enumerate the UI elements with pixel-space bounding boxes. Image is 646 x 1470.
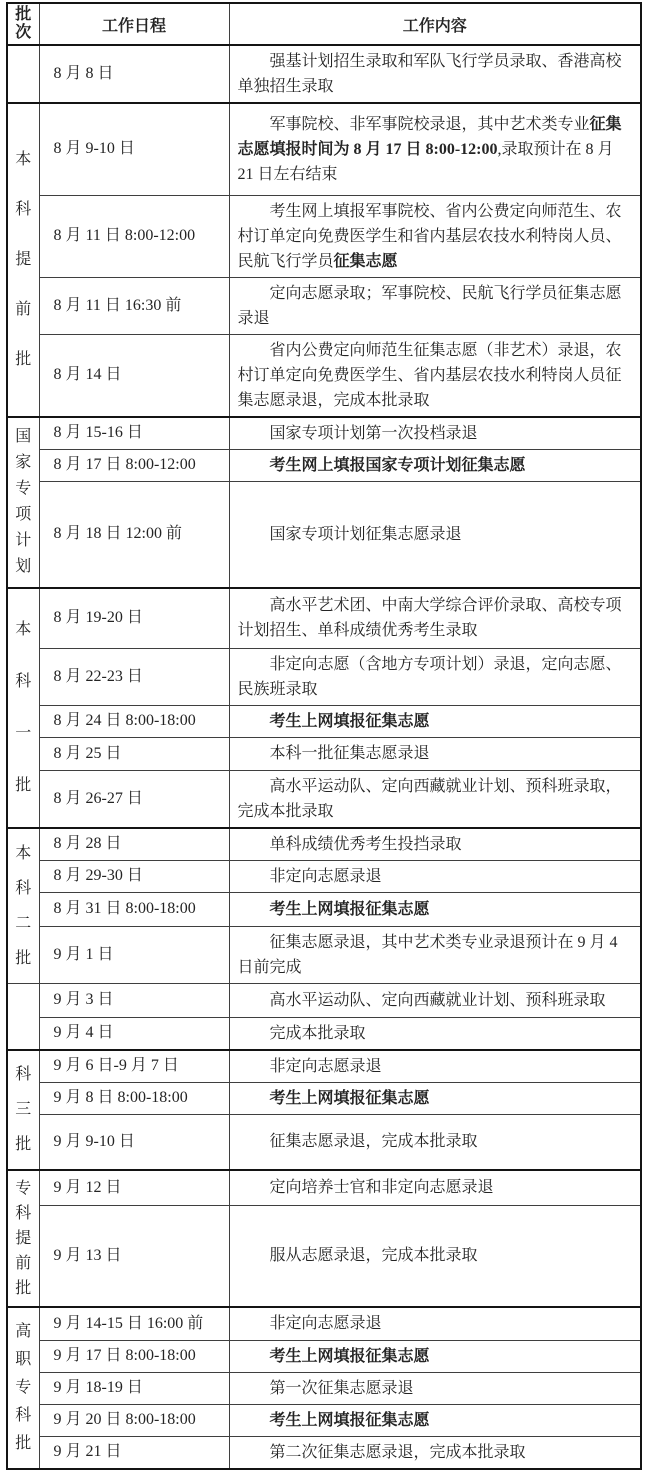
content-segment: 定向培养士官和非定向志愿录退 xyxy=(270,1179,494,1196)
schedule-column-header: 工作日程 xyxy=(39,3,229,45)
content-cell: 国家专项计划征集志愿录退 xyxy=(229,481,641,588)
batch-cell: 本科二批 xyxy=(7,828,39,984)
date-cell: 8 月 26-27 日 xyxy=(39,770,229,828)
content-cell: 国家专项计划第一次投档录退 xyxy=(229,417,641,450)
batch-cell xyxy=(7,983,39,1050)
schedule-row: 9 月 8 日 8:00-18:00考生上网填报征集志愿 xyxy=(7,1082,641,1114)
schedule-row: 8 月 11 日 8:00-12:00考生网上填报军事院校、省内公费定向师范生、… xyxy=(7,195,641,277)
content-segment: 非定向志愿录退 xyxy=(270,1315,382,1332)
content-segment: 本科一批征集志愿录退 xyxy=(270,745,430,762)
content-segment: 国家专项计划征集志愿录退 xyxy=(270,526,462,543)
batch-cell: 专科提前批 xyxy=(7,1170,39,1307)
content-cell: 征集志愿录退，其中艺术类专业录退预计在 9 月 4 日前完成 xyxy=(229,926,641,983)
date-cell: 8 月 25 日 xyxy=(39,737,229,770)
content-text: 考生上网填报征集志愿 xyxy=(238,1408,633,1433)
table-header-row: 批次 工作日程 工作内容 xyxy=(7,3,641,45)
content-text: 征集志愿录退，其中艺术类专业录退预计在 9 月 4 日前完成 xyxy=(238,930,633,980)
schedule-row: 8 月 18 日 12:00 前国家专项计划征集志愿录退 xyxy=(7,481,641,588)
schedule-row: 9 月 4 日完成本批录取 xyxy=(7,1017,641,1050)
content-segment: 高水平艺术团、中南大学综合评价录取、高校专项计划招生、单科成绩优秀考生录取 xyxy=(238,597,622,639)
content-text: 考生上网填报征集志愿 xyxy=(238,709,633,734)
admission-schedule-table: 批次 工作日程 工作内容 8 月 8 日强基计划招生录取和军队飞行学员录取、香港… xyxy=(6,2,642,1470)
content-text: 本科一批征集志愿录退 xyxy=(238,741,633,766)
content-text: 强基计划招生录取和军队飞行学员录取、香港高校单独招生录取 xyxy=(238,49,633,99)
batch-cell: 本科提前批 xyxy=(7,103,39,417)
content-cell: 军事院校、非军事院校录退，其中艺术类专业征集志愿填报时间为 8 月 17 日 8… xyxy=(229,103,641,195)
content-text: 高水平运动队、定向西藏就业计划、预科班录取 xyxy=(238,988,633,1013)
date-cell: 9 月 6 日-9 月 7 日 xyxy=(39,1050,229,1083)
date-cell: 9 月 1 日 xyxy=(39,926,229,983)
content-cell: 非定向志愿（含地方专项计划）录退，定向志愿、民族班录取 xyxy=(229,648,641,705)
admission-schedule-page: 批次 工作日程 工作内容 8 月 8 日强基计划招生录取和军队飞行学员录取、香港… xyxy=(0,0,646,1394)
content-text: 非定向志愿（含地方专项计划）录退，定向志愿、民族班录取 xyxy=(238,652,633,702)
content-cell: 非定向志愿录退 xyxy=(229,1050,641,1083)
date-cell: 8 月 29-30 日 xyxy=(39,860,229,892)
content-text: 征集志愿录退，完成本批录取 xyxy=(238,1129,633,1154)
content-cell: 考生上网填报征集志愿 xyxy=(229,705,641,737)
content-segment-bold: 考生上网填报征集志愿 xyxy=(270,901,430,918)
content-cell: 非定向志愿录退 xyxy=(229,860,641,892)
content-text: 国家专项计划第一次投档录退 xyxy=(238,421,633,446)
schedule-row: 国家专项计划8 月 15-16 日国家专项计划第一次投档录退 xyxy=(7,417,641,450)
content-text: 考生上网填报征集志愿 xyxy=(238,897,633,922)
content-cell: 高水平运动队、定向西藏就业计划、预科班录取，完成本批录取 xyxy=(229,770,641,828)
content-cell: 单科成绩优秀考生投挡录取 xyxy=(229,828,641,861)
content-text: 单科成绩优秀考生投挡录取 xyxy=(238,832,633,857)
batch-cell: 高职专科批 xyxy=(7,1307,39,1469)
content-text: 军事院校、非军事院校录退，其中艺术类专业征集志愿填报时间为 8 月 17 日 8… xyxy=(238,112,633,187)
date-cell: 8 月 14 日 xyxy=(39,334,229,417)
content-text: 非定向志愿录退 xyxy=(238,1054,633,1079)
content-cell: 高水平运动队、定向西藏就业计划、预科班录取 xyxy=(229,983,641,1017)
content-text: 考生上网填报征集志愿 xyxy=(238,1344,633,1369)
schedule-row: 8 月 17 日 8:00-12:00考生网上填报国家专项计划征集志愿 xyxy=(7,449,641,481)
schedule-row: 8 月 25 日本科一批征集志愿录退 xyxy=(7,737,641,770)
content-segment: 征集志愿录退，其中艺术类专业录退预计在 9 月 4 日前完成 xyxy=(238,934,618,976)
content-segment: 省内公费定向师范生征集志愿（非艺术）录退，农村订单定向免费医学生、省内基层农技水… xyxy=(238,342,622,409)
content-cell: 考生上网填报征集志愿 xyxy=(229,892,641,926)
batch-column-header: 批次 xyxy=(7,3,39,45)
content-segment: 高水平运动队、定向西藏就业计划、预科班录取 xyxy=(270,992,606,1009)
content-cell: 第二次征集志愿录退，完成本批录取 xyxy=(229,1436,641,1469)
content-text: 第二次征集志愿录退，完成本批录取 xyxy=(238,1440,633,1465)
content-cell: 定向志愿录取；军事院校、民航飞行学员征集志愿录退 xyxy=(229,277,641,334)
table-body: 8 月 8 日强基计划招生录取和军队飞行学员录取、香港高校单独招生录取本科提前批… xyxy=(7,45,641,1469)
content-text: 高水平艺术团、中南大学综合评价录取、高校专项计划招生、单科成绩优秀考生录取 xyxy=(238,593,633,643)
schedule-row: 8 月 22-23 日非定向志愿（含地方专项计划）录退，定向志愿、民族班录取 xyxy=(7,648,641,705)
schedule-row: 9 月 21 日第二次征集志愿录退，完成本批录取 xyxy=(7,1436,641,1469)
date-cell: 9 月 3 日 xyxy=(39,983,229,1017)
content-segment: 高水平运动队、定向西藏就业计划、预科班录取，完成本批录取 xyxy=(238,778,622,820)
schedule-row: 8 月 8 日强基计划招生录取和军队飞行学员录取、香港高校单独招生录取 xyxy=(7,45,641,103)
content-segment-bold: 征集志愿 xyxy=(334,253,398,270)
content-cell: 服从志愿录退，完成本批录取 xyxy=(229,1205,641,1307)
date-cell: 8 月 18 日 12:00 前 xyxy=(39,481,229,588)
batch-cell xyxy=(7,45,39,103)
schedule-row: 高职专科批9 月 14-15 日 16:00 前非定向志愿录退 xyxy=(7,1307,641,1340)
content-cell: 本科一批征集志愿录退 xyxy=(229,737,641,770)
date-cell: 8 月 19-20 日 xyxy=(39,588,229,648)
content-cell: 考生上网填报征集志愿 xyxy=(229,1082,641,1114)
content-segment: 第二次征集志愿录退，完成本批录取 xyxy=(270,1444,526,1461)
content-cell: 考生上网填报征集志愿 xyxy=(229,1340,641,1372)
batch-cell: 科三批 xyxy=(7,1050,39,1171)
content-text: 国家专项计划征集志愿录退 xyxy=(238,522,633,547)
content-text: 定向志愿录取；军事院校、民航飞行学员征集志愿录退 xyxy=(238,281,633,331)
batch-cell: 国家专项计划 xyxy=(7,417,39,589)
schedule-row: 8 月 31 日 8:00-18:00考生上网填报征集志愿 xyxy=(7,892,641,926)
schedule-row: 9 月 3 日高水平运动队、定向西藏就业计划、预科班录取 xyxy=(7,983,641,1017)
date-cell: 8 月 8 日 xyxy=(39,45,229,103)
content-text: 省内公费定向师范生征集志愿（非艺术）录退，农村订单定向免费医学生、省内基层农技水… xyxy=(238,338,633,413)
content-segment-bold: 考生网上填报国家专项计划征集志愿 xyxy=(270,457,526,474)
content-text: 考生网上填报国家专项计划征集志愿 xyxy=(238,453,633,478)
date-cell: 9 月 8 日 8:00-18:00 xyxy=(39,1082,229,1114)
content-cell: 非定向志愿录退 xyxy=(229,1307,641,1340)
schedule-row: 9 月 20 日 8:00-18:00考生上网填报征集志愿 xyxy=(7,1404,641,1436)
content-text: 高水平运动队、定向西藏就业计划、预科班录取，完成本批录取 xyxy=(238,774,633,824)
content-text: 非定向志愿录退 xyxy=(238,1311,633,1336)
content-segment: 单科成绩优秀考生投挡录取 xyxy=(270,836,462,853)
date-cell: 8 月 17 日 8:00-12:00 xyxy=(39,449,229,481)
content-text: 定向培养士官和非定向志愿录退 xyxy=(238,1175,633,1200)
content-text: 服从志愿录退，完成本批录取 xyxy=(238,1243,633,1268)
content-segment: 国家专项计划第一次投档录退 xyxy=(270,425,478,442)
content-segment: 军事院校、非军事院校录退，其中艺术类专业 xyxy=(270,116,590,133)
content-cell: 征集志愿录退，完成本批录取 xyxy=(229,1114,641,1170)
date-cell: 8 月 24 日 8:00-18:00 xyxy=(39,705,229,737)
content-segment-bold: 考生上网填报征集志愿 xyxy=(270,713,430,730)
content-cell: 省内公费定向师范生征集志愿（非艺术）录退，农村订单定向免费医学生、省内基层农技水… xyxy=(229,334,641,417)
content-text: 考生网上填报军事院校、省内公费定向师范生、农村订单定向免费医学生和省内基层农技水… xyxy=(238,199,633,274)
content-segment-bold: 考生上网填报征集志愿 xyxy=(270,1348,430,1365)
date-cell: 8 月 22-23 日 xyxy=(39,648,229,705)
schedule-row: 9 月 1 日征集志愿录退，其中艺术类专业录退预计在 9 月 4 日前完成 xyxy=(7,926,641,983)
date-cell: 9 月 21 日 xyxy=(39,1436,229,1469)
date-cell: 8 月 9-10 日 xyxy=(39,103,229,195)
date-cell: 9 月 4 日 xyxy=(39,1017,229,1050)
date-cell: 8 月 28 日 xyxy=(39,828,229,861)
content-segment: 第一次征集志愿录退 xyxy=(270,1380,414,1397)
content-segment-bold: 考生上网填报征集志愿 xyxy=(270,1412,430,1429)
date-cell: 8 月 11 日 16:30 前 xyxy=(39,277,229,334)
schedule-row: 9 月 17 日 8:00-18:00考生上网填报征集志愿 xyxy=(7,1340,641,1372)
date-cell: 9 月 14-15 日 16:00 前 xyxy=(39,1307,229,1340)
content-segment: 非定向志愿录退 xyxy=(270,1058,382,1075)
schedule-row: 本科提前批8 月 9-10 日军事院校、非军事院校录退，其中艺术类专业征集志愿填… xyxy=(7,103,641,195)
date-cell: 8 月 31 日 8:00-18:00 xyxy=(39,892,229,926)
content-text: 第一次征集志愿录退 xyxy=(238,1376,633,1401)
content-column-header: 工作内容 xyxy=(229,3,641,45)
content-text: 完成本批录取 xyxy=(238,1021,633,1046)
content-cell: 高水平艺术团、中南大学综合评价录取、高校专项计划招生、单科成绩优秀考生录取 xyxy=(229,588,641,648)
schedule-row: 8 月 26-27 日高水平运动队、定向西藏就业计划、预科班录取，完成本批录取 xyxy=(7,770,641,828)
date-cell: 9 月 13 日 xyxy=(39,1205,229,1307)
content-segment: 定向志愿录取；军事院校、民航飞行学员征集志愿录退 xyxy=(238,285,622,327)
date-cell: 9 月 12 日 xyxy=(39,1170,229,1205)
schedule-row: 科三批9 月 6 日-9 月 7 日非定向志愿录退 xyxy=(7,1050,641,1083)
content-text: 考生上网填报征集志愿 xyxy=(238,1086,633,1111)
schedule-row: 9 月 9-10 日征集志愿录退，完成本批录取 xyxy=(7,1114,641,1170)
content-cell: 强基计划招生录取和军队飞行学员录取、香港高校单独招生录取 xyxy=(229,45,641,103)
schedule-row: 8 月 14 日省内公费定向师范生征集志愿（非艺术）录退，农村订单定向免费医学生… xyxy=(7,334,641,417)
content-cell: 定向培养士官和非定向志愿录退 xyxy=(229,1170,641,1205)
date-cell: 9 月 20 日 8:00-18:00 xyxy=(39,1404,229,1436)
content-cell: 第一次征集志愿录退 xyxy=(229,1372,641,1404)
content-cell: 考生网上填报国家专项计划征集志愿 xyxy=(229,449,641,481)
schedule-row: 专科提前批9 月 12 日定向培养士官和非定向志愿录退 xyxy=(7,1170,641,1205)
content-segment-bold: 考生上网填报征集志愿 xyxy=(270,1090,430,1107)
content-segment: 完成本批录取 xyxy=(270,1025,366,1042)
content-segment: 考生网上填报军事院校、省内公费定向师范生、农村订单定向免费医学生和省内基层农技水… xyxy=(238,203,622,270)
schedule-row: 8 月 11 日 16:30 前定向志愿录取；军事院校、民航飞行学员征集志愿录退 xyxy=(7,277,641,334)
date-cell: 8 月 15-16 日 xyxy=(39,417,229,450)
schedule-row: 本科二批8 月 28 日单科成绩优秀考生投挡录取 xyxy=(7,828,641,861)
schedule-row: 本科一批8 月 19-20 日高水平艺术团、中南大学综合评价录取、高校专项计划招… xyxy=(7,588,641,648)
schedule-row: 8 月 24 日 8:00-18:00考生上网填报征集志愿 xyxy=(7,705,641,737)
content-cell: 考生网上填报军事院校、省内公费定向师范生、农村订单定向免费医学生和省内基层农技水… xyxy=(229,195,641,277)
schedule-row: 9 月 18-19 日第一次征集志愿录退 xyxy=(7,1372,641,1404)
content-segment: 非定向志愿录退 xyxy=(270,868,382,885)
batch-cell: 本科一批 xyxy=(7,588,39,828)
content-segment: 服从志愿录退，完成本批录取 xyxy=(270,1247,478,1264)
schedule-row: 9 月 13 日服从志愿录退，完成本批录取 xyxy=(7,1205,641,1307)
content-text: 非定向志愿录退 xyxy=(238,864,633,889)
date-cell: 9 月 9-10 日 xyxy=(39,1114,229,1170)
content-segment: 征集志愿录退，完成本批录取 xyxy=(270,1133,478,1150)
date-cell: 8 月 11 日 8:00-12:00 xyxy=(39,195,229,277)
schedule-row: 8 月 29-30 日非定向志愿录退 xyxy=(7,860,641,892)
content-cell: 完成本批录取 xyxy=(229,1017,641,1050)
date-cell: 9 月 17 日 8:00-18:00 xyxy=(39,1340,229,1372)
content-segment: 非定向志愿（含地方专项计划）录退，定向志愿、民族班录取 xyxy=(238,656,622,698)
date-cell: 9 月 18-19 日 xyxy=(39,1372,229,1404)
content-cell: 考生上网填报征集志愿 xyxy=(229,1404,641,1436)
content-segment: 强基计划招生录取和军队飞行学员录取、香港高校单独招生录取 xyxy=(238,53,622,95)
